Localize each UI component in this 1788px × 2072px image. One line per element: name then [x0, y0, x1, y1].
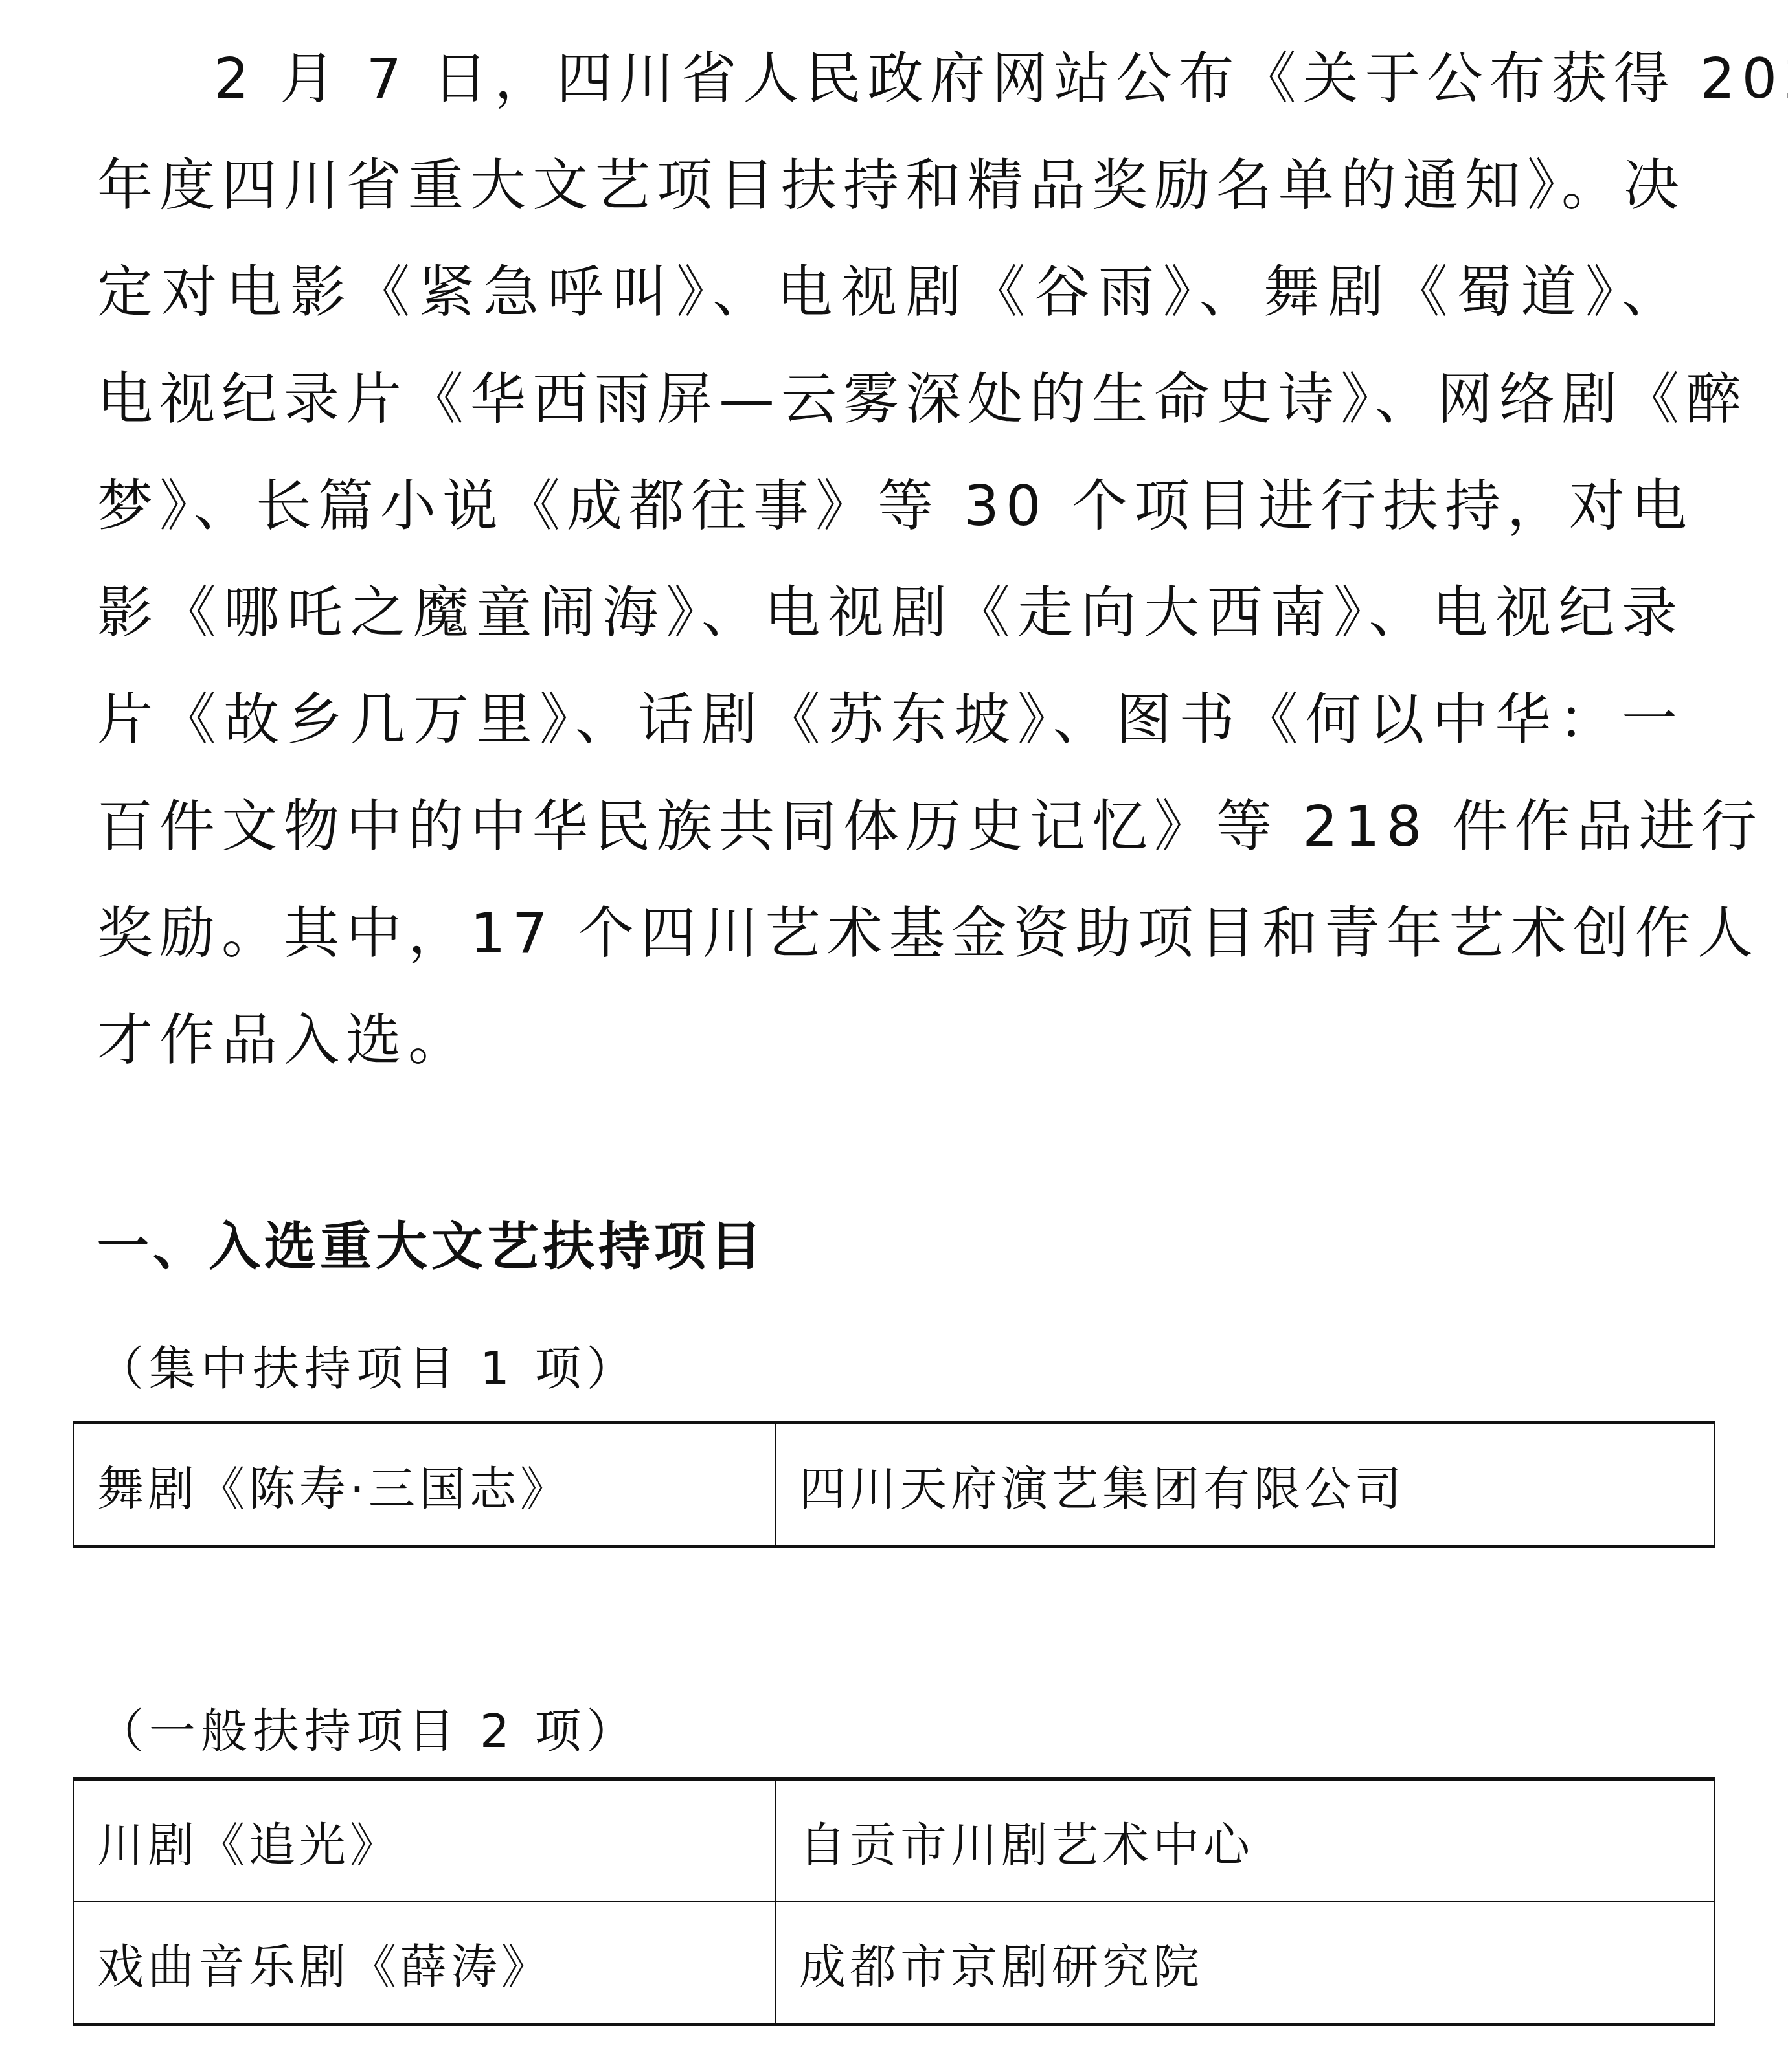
work-cell: 川剧《追光》	[73, 1779, 775, 1902]
organization-cell: 自贡市川剧艺术中心	[775, 1779, 1714, 1902]
organization-cell: 成都市京剧研究院	[775, 1902, 1714, 2025]
work-cell: 舞剧《陈寿·三国志》	[73, 1423, 775, 1547]
paragraph-line: 奖励。其中，17 个四川艺术基金资助项目和青年艺术创作人	[97, 881, 1684, 987]
paragraph-line: 2 月 7 日，四川省人民政府网站公布《关于公布获得 2024	[97, 26, 1684, 133]
table-row: 舞剧《陈寿·三国志》 四川天府演艺集团有限公司	[73, 1423, 1714, 1547]
general-support-table: 川剧《追光》 自贡市川剧艺术中心 戏曲音乐剧《薛涛》 成都市京剧研究院	[73, 1777, 1715, 2026]
section-heading: 一、入选重大文艺扶持项目	[97, 1204, 765, 1279]
paragraph-line: 片《故乡几万里》、话剧《苏东坡》、图书《何以中华：一	[97, 667, 1684, 774]
intro-paragraph: 2 月 7 日，四川省人民政府网站公布《关于公布获得 2024 年度四川省重大文…	[97, 26, 1684, 1094]
table-row: 戏曲音乐剧《薛涛》 成都市京剧研究院	[73, 1902, 1714, 2025]
paragraph-line: 电视纪录片《华西雨屏—云雾深处的生命史诗》、网络剧《醉	[97, 346, 1684, 453]
paragraph-line: 年度四川省重大文艺项目扶持和精品奖励名单的通知》。决	[97, 133, 1684, 240]
paragraph-line: 影《哪吒之魔童闹海》、电视剧《走向大西南》、电视纪录	[97, 560, 1684, 667]
organization-cell: 四川天府演艺集团有限公司	[775, 1423, 1714, 1547]
paragraph-line: 定对电影《紧急呼叫》、电视剧《谷雨》、舞剧《蜀道》、	[97, 240, 1684, 346]
work-cell: 戏曲音乐剧《薛涛》	[73, 1902, 775, 2025]
paragraph-line: 百件文物中的中华民族共同体历史记忆》等 218 件作品进行	[97, 774, 1684, 881]
paragraph-line: 才作品入选。	[97, 987, 1684, 1094]
paragraph-line: 梦》、长篇小说《成都往事》等 30 个项目进行扶持，对电	[97, 453, 1684, 560]
group-title-general-support: （一般扶持项目 2 项）	[97, 1693, 639, 1761]
group-title-focused-support: （集中扶持项目 1 项）	[97, 1331, 639, 1398]
focused-support-table: 舞剧《陈寿·三国志》 四川天府演艺集团有限公司	[73, 1421, 1715, 1548]
table-row: 川剧《追光》 自贡市川剧艺术中心	[73, 1779, 1714, 1902]
